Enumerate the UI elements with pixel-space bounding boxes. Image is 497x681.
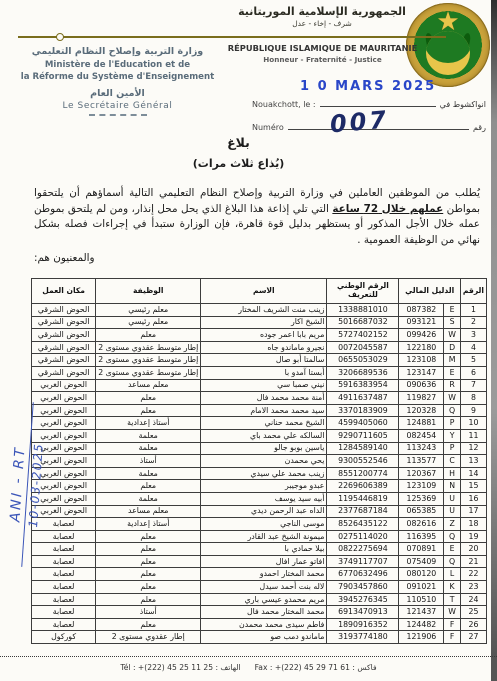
- city-label-french: Nouakchott, le :: [252, 100, 316, 109]
- cell-place: الحوض الشرقي: [32, 316, 96, 329]
- office-title-french: Le Secrétaire Général: [10, 101, 225, 111]
- cell-job: أستاذ إعدادية: [96, 518, 201, 531]
- cell-fin-num: 119827: [399, 392, 444, 405]
- cell-job: أستاذ: [96, 606, 201, 619]
- cell-num: 24: [460, 593, 486, 606]
- cell-nid: 5727402152: [327, 329, 399, 342]
- cell-fin-num: 087382: [399, 304, 444, 317]
- cell-num: 16: [460, 492, 486, 505]
- cell-nid: 5916383954: [327, 379, 399, 392]
- cell-job: معلم مساعد: [96, 505, 201, 518]
- cell-place: لعصابة: [32, 606, 96, 619]
- cell-fin-num: 123108: [399, 354, 444, 367]
- cell-fin-letter: U: [444, 492, 461, 505]
- cell-num: 3: [460, 329, 486, 342]
- cell-name: سيد محمد محمد الامام: [201, 404, 327, 417]
- cell-nid: 4599405060: [327, 417, 399, 430]
- cell-name: بيلا حمادي با: [201, 543, 327, 556]
- table-row: 26F1244821890916352فاطم سيدى محمد محمدنم…: [32, 618, 487, 631]
- cell-nid: 8551200774: [327, 467, 399, 480]
- cell-place: لعصابة: [32, 593, 96, 606]
- cell-num: 1: [460, 304, 486, 317]
- cell-fin-letter: W: [444, 392, 461, 405]
- cell-job: إطار متوسط عقدوي مستوى 2: [96, 341, 201, 354]
- table-row: 22L0801206770632496محمد المختار احمدومعل…: [32, 568, 487, 581]
- cell-nid: 2377687184: [327, 505, 399, 518]
- staff-table: الرقم الدليل المالي الرقم الوطني للتعريف…: [31, 278, 487, 644]
- cell-fin-num: 075409: [399, 555, 444, 568]
- cell-nid: 6913470913: [327, 606, 399, 619]
- cell-job: إطار متوسط عقدوي مستوى 2: [96, 366, 201, 379]
- table-row: 24T1105103945276345مريم محمدو عيسي باريم…: [32, 593, 487, 606]
- cell-fin-num: 125369: [399, 492, 444, 505]
- cell-num: 5: [460, 354, 486, 367]
- cell-fin-letter: E: [444, 304, 461, 317]
- cell-name: عبدو موجيبر: [201, 480, 327, 493]
- notice-body-tail: والمعنيون هم:: [34, 252, 480, 264]
- cell-nid: 8526435122: [327, 518, 399, 531]
- table-row: 5M1231080655053029سالمتا أبو صالإطار متو…: [32, 354, 487, 367]
- cell-nid: 9300552546: [327, 455, 399, 468]
- cell-job: معلم: [96, 555, 201, 568]
- cell-place: لعصابة: [32, 518, 96, 531]
- notice-body-deadline: عملهم خلال 72 ساعة: [332, 203, 443, 215]
- signature-dash: [89, 114, 147, 116]
- footer-fax: Fax : +(222) 45 29 71 61 : فاكس: [255, 663, 377, 672]
- cell-nid: 3370183909: [327, 404, 399, 417]
- cell-name: فاطم سيدى محمد محمدن: [201, 618, 327, 631]
- cell-name: أبيه سيد يوسف: [201, 492, 327, 505]
- cell-nid: 6770632496: [327, 568, 399, 581]
- table-row: 7R0906365916383954نيني صمبا سيمعلم مساعد…: [32, 379, 487, 392]
- cell-fin-num: 091021: [399, 581, 444, 594]
- header-divider-line: [18, 36, 446, 38]
- column-header-national-id: الرقم الوطني للتعريف: [327, 279, 399, 304]
- staff-table-body: 1E0873821338881010زينب منت الشريف المختا…: [32, 304, 487, 644]
- cell-fin-letter: Q: [444, 555, 461, 568]
- table-row: 25W1214376913470913محمد المختار محمد فال…: [32, 606, 487, 619]
- cell-name: أبستا آمدو با: [201, 366, 327, 379]
- table-row: 4D1221800072045587نجيرو ماماندو جاهإطار …: [32, 341, 487, 354]
- table-row: 23K0910217903457860لاله بنت أحمد سيدلمعل…: [32, 581, 487, 594]
- cell-job: معلمة: [96, 492, 201, 505]
- cell-nid: 5016687032: [327, 316, 399, 329]
- cell-fin-num: 090636: [399, 379, 444, 392]
- table-row: 1E0873821338881010زينب منت الشريف المختا…: [32, 304, 487, 317]
- cell-job: معلمة: [96, 442, 201, 455]
- cell-nid: 1284589140: [327, 442, 399, 455]
- cell-fin-letter: D: [444, 341, 461, 354]
- notice-title: بلاغ: [0, 135, 477, 150]
- cell-fin-num: 113577: [399, 455, 444, 468]
- cell-fin-letter: P: [444, 417, 461, 430]
- cell-name: ياسين بوبو جالو: [201, 442, 327, 455]
- cell-nid: 7903457860: [327, 581, 399, 594]
- cell-job: معلمة: [96, 429, 201, 442]
- cell-fin-letter: S: [444, 316, 461, 329]
- cell-nid: 0072045587: [327, 341, 399, 354]
- cell-fin-letter: M: [444, 354, 461, 367]
- ministry-block: وزارة التربية وإصلاح النظام التعليمي Min…: [10, 46, 225, 116]
- cell-job: معلم مساعد: [96, 379, 201, 392]
- cell-num: 26: [460, 618, 486, 631]
- cell-num: 8: [460, 392, 486, 405]
- state-header-arabic: الجمهورية الإسلامية الموريتانية شرف - إخ…: [232, 5, 412, 28]
- cell-num: 7: [460, 379, 486, 392]
- table-header-row: الرقم الدليل المالي الرقم الوطني للتعريف…: [32, 279, 487, 304]
- table-row: 27F1219063193774180ماماندو دمب صوإطار عق…: [32, 631, 487, 644]
- cell-fin-letter: Q: [444, 530, 461, 543]
- cell-fin-num: 110510: [399, 593, 444, 606]
- cell-nid: 9290711605: [327, 429, 399, 442]
- cell-place: الحوض الشرقي: [32, 341, 96, 354]
- state-title-french: RÉPUBLIQUE ISLAMIQUE DE MAURITANIE: [225, 43, 420, 53]
- cell-fin-num: 099426: [399, 329, 444, 342]
- cell-num: 27: [460, 631, 486, 644]
- cell-name: السالكه علي محمد باي: [201, 429, 327, 442]
- cell-fin-letter: W: [444, 606, 461, 619]
- cell-nid: 1195446819: [327, 492, 399, 505]
- cell-job: معلم: [96, 530, 201, 543]
- cell-fin-letter: Z: [444, 518, 461, 531]
- cell-job: معلم: [96, 329, 201, 342]
- table-row: 6E1231473206689536أبستا آمدو باإطار متوس…: [32, 366, 487, 379]
- cell-place: الحوض الشرقي: [32, 304, 96, 317]
- date-stamp: 1 0 MARS 2025: [300, 79, 436, 94]
- number-label-french: Numéro: [252, 123, 284, 132]
- cell-num: 14: [460, 467, 486, 480]
- footer-telephone: Tél : +(222) 45 25 11 25 : الهاتف: [120, 663, 240, 672]
- cell-num: 17: [460, 505, 486, 518]
- cell-num: 13: [460, 455, 486, 468]
- cell-num: 21: [460, 555, 486, 568]
- column-header-financial-code: الدليل المالي: [399, 279, 460, 304]
- cell-fin-num: 082616: [399, 518, 444, 531]
- column-header-workplace: مكان العمل: [32, 279, 96, 304]
- table-row: 18Z0826168526435122موسى الناجيأستاذ إعدا…: [32, 518, 487, 531]
- cell-place: الحوض الشرقي: [32, 354, 96, 367]
- cell-job: معلم: [96, 404, 201, 417]
- table-row: 20E0708910822275694بيلا حمادي بامعلملعصا…: [32, 543, 487, 556]
- cell-nid: 3945276345: [327, 593, 399, 606]
- cell-job: أستاذ: [96, 455, 201, 468]
- cell-fin-letter: E: [444, 543, 461, 556]
- cell-num: 4: [460, 341, 486, 354]
- column-header-name: الاسم: [201, 279, 327, 304]
- table-row: 13C1135779300552546يحي محمدنأستاذالحوض ا…: [32, 455, 487, 468]
- cell-fin-letter: Q: [444, 404, 461, 417]
- cell-fin-letter: C: [444, 455, 461, 468]
- cell-fin-letter: T: [444, 593, 461, 606]
- table-row: 2S0931215016687032الشيخ اكارمعلم رئيسيال…: [32, 316, 487, 329]
- column-header-job: الوظيفة: [96, 279, 201, 304]
- cell-fin-num: 121437: [399, 606, 444, 619]
- city-label-arabic: انواكشوط في: [440, 100, 486, 109]
- state-motto-french: Honneur - Fraternité - Justice: [225, 55, 420, 64]
- cell-fin-num: 123109: [399, 480, 444, 493]
- scan-edge-shadow: [491, 0, 497, 681]
- cell-name: ميمونة الشيخ عبد القادر: [201, 530, 327, 543]
- cell-nid: 1890916352: [327, 618, 399, 631]
- cell-fin-num: 113243: [399, 442, 444, 455]
- cell-fin-letter: F: [444, 631, 461, 644]
- column-header-number: الرقم: [460, 279, 486, 304]
- cell-job: معلم: [96, 392, 201, 405]
- cell-name: موسى الناجي: [201, 518, 327, 531]
- cell-num: 6: [460, 366, 486, 379]
- table-row: 11Y0824549290711605السالكه علي محمد بايم…: [32, 429, 487, 442]
- cell-place: الحوض الشرقي: [32, 366, 96, 379]
- cell-place: لعصابة: [32, 543, 96, 556]
- cell-name: افاتو عمار افال: [201, 555, 327, 568]
- footer-contacts: Tél : +(222) 45 25 11 25 : الهاتف Fax : …: [0, 663, 497, 672]
- footer-dotted-divider: [0, 656, 497, 657]
- cell-num: 22: [460, 568, 486, 581]
- cell-name: الشيخ محمد حناني: [201, 417, 327, 430]
- cell-place: لعصابة: [32, 618, 96, 631]
- cell-nid: 3193774180: [327, 631, 399, 644]
- cell-name: ماماندو دمب صو: [201, 631, 327, 644]
- cell-nid: 2269606389: [327, 480, 399, 493]
- cell-fin-letter: Y: [444, 429, 461, 442]
- cell-fin-num: 121906: [399, 631, 444, 644]
- cell-fin-num: 120328: [399, 404, 444, 417]
- cell-fin-num: 124482: [399, 618, 444, 631]
- table-row: 14H1203678551200774زينب محمد علي سيديمعل…: [32, 467, 487, 480]
- table-row: 21Q0754093749117707افاتو عمار افالمعلملع…: [32, 555, 487, 568]
- cell-name: زينب محمد علي سيدي: [201, 467, 327, 480]
- cell-job: أستاذ إعدادية: [96, 417, 201, 430]
- cell-name: الداه عبد الرحمن ديدي: [201, 505, 327, 518]
- table-row: 19Q1163950275114020ميمونة الشيخ عبد القا…: [32, 530, 487, 543]
- cell-job: إطار متوسط عقدوي مستوى 2: [96, 354, 201, 367]
- office-title-arabic: الأمين العام: [10, 88, 225, 99]
- cell-fin-num: 124881: [399, 417, 444, 430]
- cell-fin-num: 080120: [399, 568, 444, 581]
- cell-num: 19: [460, 530, 486, 543]
- cell-nid: 1338881010: [327, 304, 399, 317]
- scanned-document-page: ★ الجمهورية الإسلامية الموريتانية شرف - …: [0, 0, 497, 681]
- cell-job: معلم: [96, 593, 201, 606]
- cell-num: 9: [460, 404, 486, 417]
- cell-name: محمد المختار احمدو: [201, 568, 327, 581]
- cell-num: 10: [460, 417, 486, 430]
- cell-place: لعصابة: [32, 530, 96, 543]
- table-row: 10P1248814599405060الشيخ محمد حنانيأستاذ…: [32, 417, 487, 430]
- cell-nid: 3206689536: [327, 366, 399, 379]
- notice-body-paragraph: يُطلب من الموظفين العاملين في وزارة التر…: [34, 186, 480, 248]
- cell-num: 25: [460, 606, 486, 619]
- cell-fin-letter: H: [444, 467, 461, 480]
- cell-name: محمد المختار محمد فال: [201, 606, 327, 619]
- cell-job: معلم: [96, 543, 201, 556]
- state-title-arabic: الجمهورية الإسلامية الموريتانية: [232, 5, 412, 18]
- cell-name: مريم بابا اعمر جوده: [201, 329, 327, 342]
- cell-job: إطار عقدوي مستوى 2: [96, 631, 201, 644]
- cell-job: معلم رئيسي: [96, 304, 201, 317]
- cell-fin-letter: N: [444, 480, 461, 493]
- cell-fin-num: 120367: [399, 467, 444, 480]
- cell-num: 18: [460, 518, 486, 531]
- cell-num: 15: [460, 480, 486, 493]
- cell-num: 23: [460, 581, 486, 594]
- notice-subtitle: (يُذاع ثلاث مرات): [0, 157, 477, 170]
- cell-nid: 4911637487: [327, 392, 399, 405]
- cell-place: لعصابة: [32, 568, 96, 581]
- cell-name: لاله بنت أحمد سيدل: [201, 581, 327, 594]
- cell-num: 2: [460, 316, 486, 329]
- table-row: 17U0653852377687184الداه عبد الرحمن ديدي…: [32, 505, 487, 518]
- cell-fin-letter: L: [444, 568, 461, 581]
- state-motto-arabic: شرف - إخاء - عدل: [232, 19, 412, 28]
- cell-fin-letter: U: [444, 505, 461, 518]
- cell-job: معلمة: [96, 467, 201, 480]
- cell-fin-num: 123147: [399, 366, 444, 379]
- cell-num: 11: [460, 429, 486, 442]
- cell-fin-num: 093121: [399, 316, 444, 329]
- cell-place: الحوض الشرقي: [32, 329, 96, 342]
- cell-fin-letter: P: [444, 442, 461, 455]
- cell-nid: 3749117707: [327, 555, 399, 568]
- cell-name: زينب منت الشريف المختار: [201, 304, 327, 317]
- table-row: 3W0994265727402152مريم بابا اعمر جودهمعل…: [32, 329, 487, 342]
- cell-place: الحوض الغربي: [32, 379, 96, 392]
- cell-job: معلم: [96, 618, 201, 631]
- handwritten-reference-number: 007: [329, 105, 390, 138]
- cell-fin-num: 116395: [399, 530, 444, 543]
- cell-name: يحي محمدن: [201, 455, 327, 468]
- ministry-name-french-line2: la Réforme du Système d'Enseignement: [10, 72, 225, 84]
- cell-nid: 0655053029: [327, 354, 399, 367]
- cell-fin-letter: K: [444, 581, 461, 594]
- cell-name: نيني صمبا سي: [201, 379, 327, 392]
- cell-place: لعصابة: [32, 555, 96, 568]
- cell-name: نجيرو ماماندو جاه: [201, 341, 327, 354]
- cell-num: 20: [460, 543, 486, 556]
- table-row: 9Q1203283370183909سيد محمد محمد الاماممع…: [32, 404, 487, 417]
- cell-fin-letter: E: [444, 366, 461, 379]
- cell-name: أمنة محمد محمد فال: [201, 392, 327, 405]
- cell-num: 12: [460, 442, 486, 455]
- cell-fin-letter: F: [444, 618, 461, 631]
- cell-fin-letter: R: [444, 379, 461, 392]
- cell-job: معلم رئيسي: [96, 316, 201, 329]
- cell-fin-num: 082454: [399, 429, 444, 442]
- ministry-name-french-line1: Ministère de l'Education et de: [10, 60, 225, 72]
- cell-nid: 0822275694: [327, 543, 399, 556]
- number-label-arabic: رقم: [473, 123, 486, 132]
- cell-fin-num: 070891: [399, 543, 444, 556]
- table-row: 8W1198274911637487أمنة محمد محمد فالمعلم…: [32, 392, 487, 405]
- cell-place: لعصابة: [32, 581, 96, 594]
- cell-job: معلم: [96, 480, 201, 493]
- cell-fin-letter: W: [444, 329, 461, 342]
- table-row: 12P1132431284589140ياسين بوبو جالومعلمةا…: [32, 442, 487, 455]
- ministry-name-arabic: وزارة التربية وإصلاح النظام التعليمي: [10, 46, 225, 57]
- cell-fin-num: 122180: [399, 341, 444, 354]
- cell-name: سالمتا أبو صال: [201, 354, 327, 367]
- cell-fin-num: 065385: [399, 505, 444, 518]
- cell-nid: 0275114020: [327, 530, 399, 543]
- cell-job: معلم: [96, 581, 201, 594]
- state-header-french: RÉPUBLIQUE ISLAMIQUE DE MAURITANIE Honne…: [225, 43, 420, 64]
- table-row: 15N1231092269606389عبدو موجيبرمعلمالحوض …: [32, 480, 487, 493]
- table-row: 16U1253691195446819أبيه سيد يوسفمعلمةالح…: [32, 492, 487, 505]
- cell-place: كوركول: [32, 631, 96, 644]
- cell-name: مريم محمدو عيسي باري: [201, 593, 327, 606]
- cell-job: معلم: [96, 568, 201, 581]
- cell-name: الشيخ اكار: [201, 316, 327, 329]
